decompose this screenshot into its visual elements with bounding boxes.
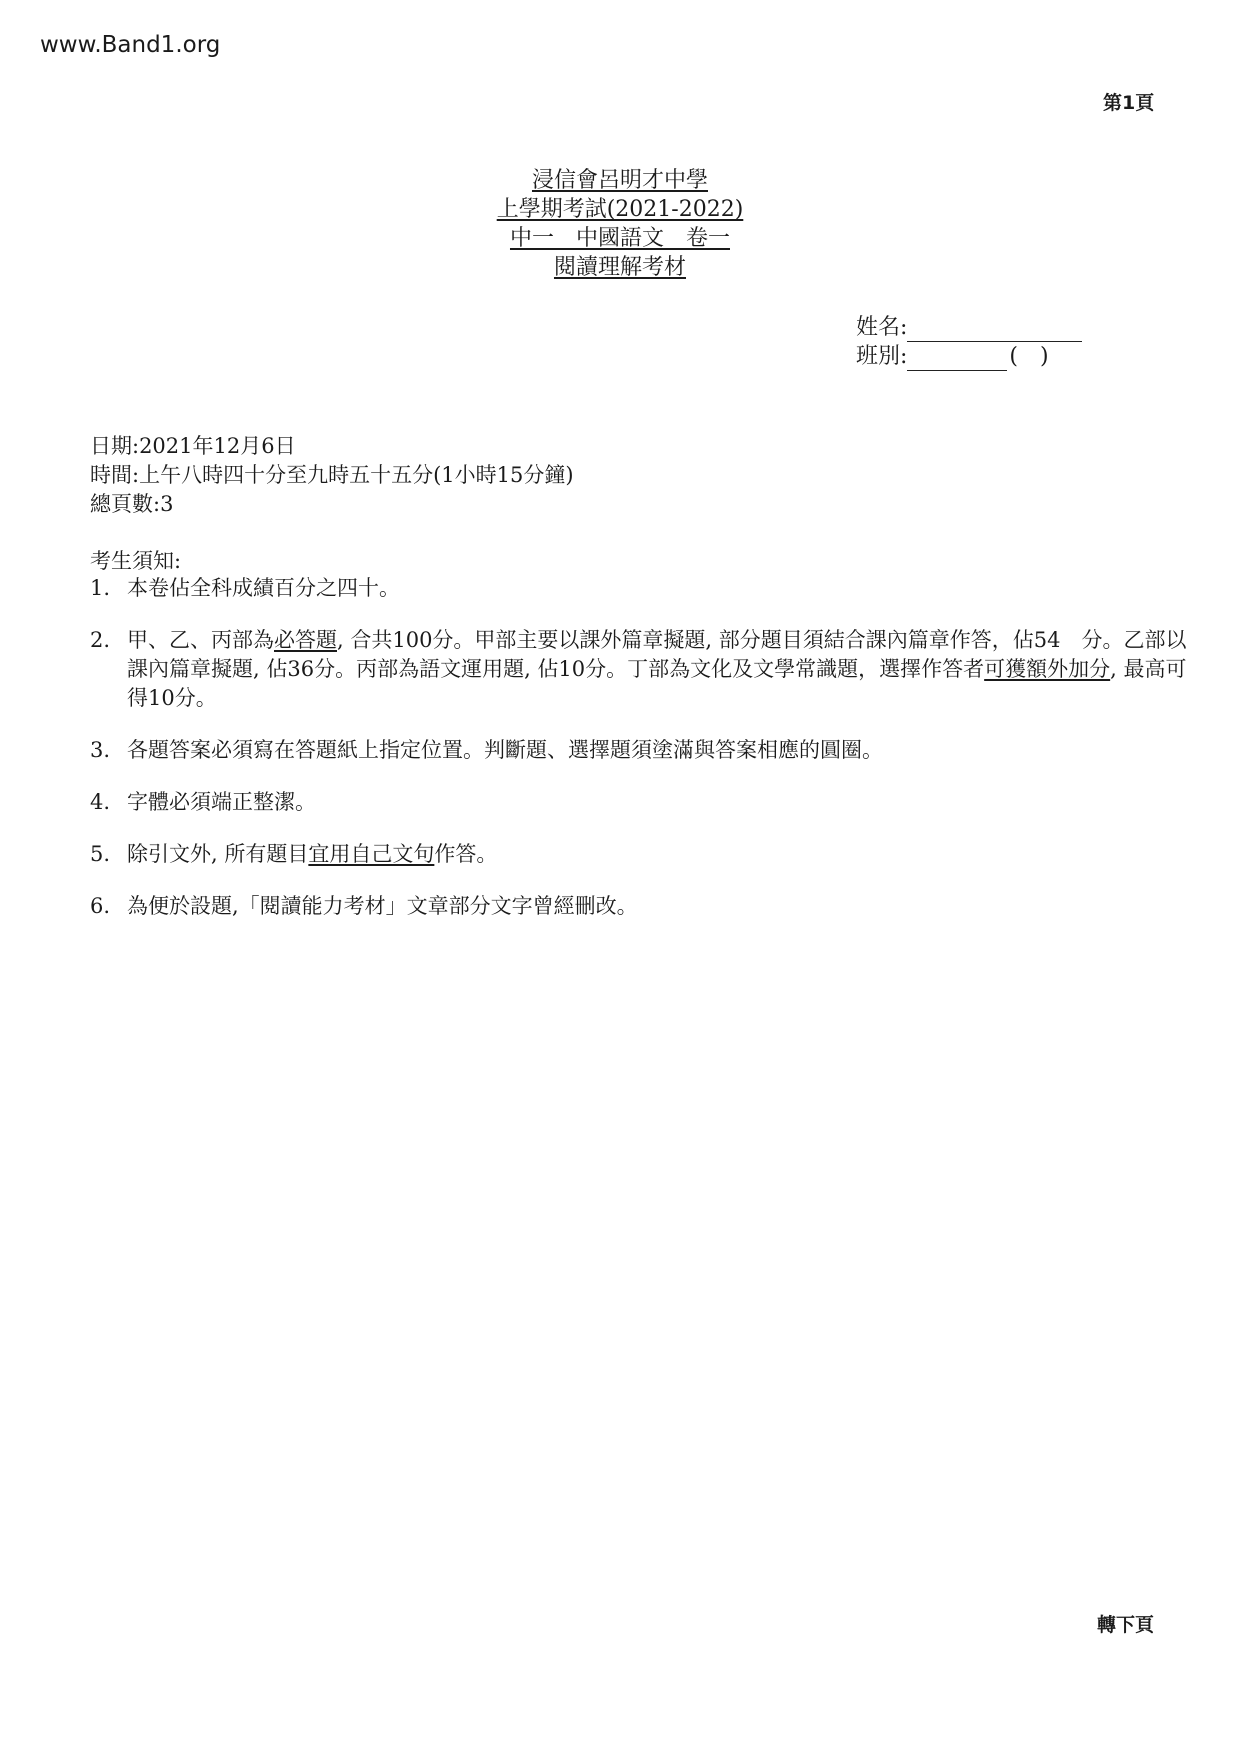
notice-emphasis-bonus: 可獲額外加分 xyxy=(984,657,1110,681)
notice-text: 甲、乙、丙部為必答題, 合共100分。甲部主要以課外篇章擬題, 部分題目須結合課… xyxy=(127,626,1190,713)
class-number-field[interactable]: ( ) xyxy=(1009,342,1048,371)
site-url: www.Band1.org xyxy=(40,32,220,58)
paper-name: 閱讀理解考材 xyxy=(554,255,686,280)
notice-text: 本卷佔全科成績百分之四十。 xyxy=(127,574,1190,603)
notice-number: 5. xyxy=(90,840,127,869)
exam-time: 時間:上午八時四十分至九時五十五分(1小時15分鐘) xyxy=(90,461,574,490)
notice-item: 2. 甲、乙、丙部為必答題, 合共100分。甲部主要以課外篇章擬題, 部分題目須… xyxy=(90,626,1190,713)
notice-number: 6. xyxy=(90,892,127,921)
total-pages: 總頁數:3 xyxy=(90,490,574,519)
notice-item: 1. 本卷佔全科成績百分之四十。 xyxy=(90,574,1190,603)
exam-meta: 日期:2021年12月6日 時間:上午八時四十分至九時五十五分(1小時15分鐘)… xyxy=(90,432,574,519)
notice-number: 1. xyxy=(90,574,127,603)
notice-item: 4. 字體必須端正整潔。 xyxy=(90,788,1190,817)
name-field[interactable] xyxy=(907,319,1082,342)
school-name: 浸信會呂明才中學 xyxy=(532,168,708,193)
notices-heading: 考生須知: xyxy=(90,545,181,575)
notice-text: 除引文外, 所有題目宜用自己文句作答。 xyxy=(127,840,1190,869)
class-field[interactable] xyxy=(907,348,1007,371)
notice-item: 3. 各題答案必須寫在答題紙上指定位置。判斷題、選擇題須塗滿與答案相應的圓圈。 xyxy=(90,736,1190,765)
exam-title-block: 浸信會呂明才中學 上學期考試(2021-2022) 中一 中國語文 卷一 閱讀理… xyxy=(0,166,1240,282)
exam-name: 上學期考試(2021-2022) xyxy=(497,197,744,222)
exam-date: 日期:2021年12月6日 xyxy=(90,432,574,461)
notice-text-segment: 除引文外, 所有題目 xyxy=(127,842,308,866)
student-info: 姓名: 班別: ( ) xyxy=(856,313,1082,371)
notice-emphasis-own-words: 宜用自己文句 xyxy=(308,842,434,866)
notice-text-segment: 甲、乙、丙部為 xyxy=(127,628,274,652)
notice-text: 各題答案必須寫在答題紙上指定位置。判斷題、選擇題須塗滿與答案相應的圓圈。 xyxy=(127,736,1190,765)
notice-text: 為便於設題,「閱讀能力考材」文章部分文字曾經刪改。 xyxy=(127,892,1190,921)
notice-text: 字體必須端正整潔。 xyxy=(127,788,1190,817)
notice-number: 2. xyxy=(90,626,127,713)
notice-emphasis-compulsory: 必答題 xyxy=(274,628,337,652)
notice-number: 3. xyxy=(90,736,127,765)
next-page-label: 轉下頁 xyxy=(1097,1610,1154,1637)
notices-list: 1. 本卷佔全科成績百分之四十。 2. 甲、乙、丙部為必答題, 合共100分。甲… xyxy=(90,574,1190,921)
notice-number: 4. xyxy=(90,788,127,817)
class-label: 班別: xyxy=(856,342,907,371)
subject-name: 中一 中國語文 卷一 xyxy=(510,226,730,251)
notice-item: 6. 為便於設題,「閱讀能力考材」文章部分文字曾經刪改。 xyxy=(90,892,1190,921)
notice-item: 5. 除引文外, 所有題目宜用自己文句作答。 xyxy=(90,840,1190,869)
page-number: 第1頁 xyxy=(1103,88,1154,115)
name-label: 姓名: xyxy=(856,313,907,342)
notice-text-segment: 作答。 xyxy=(434,842,497,866)
